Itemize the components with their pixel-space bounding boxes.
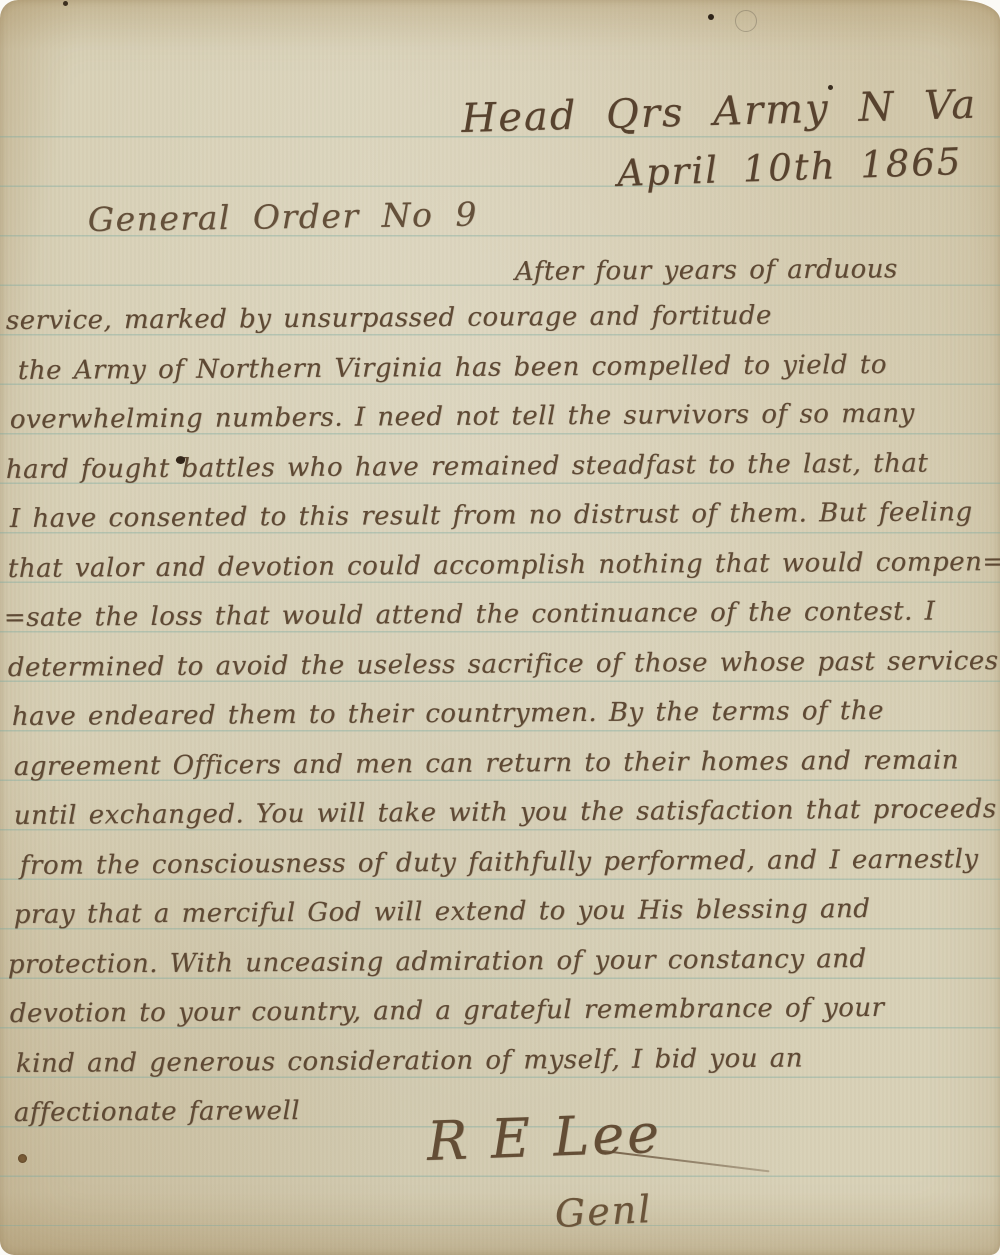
handwriting-line: devotion to your country, and a grateful…: [10, 988, 885, 1034]
handwriting-line: have endeared them to their countrymen. …: [12, 691, 884, 737]
ink-speck: [828, 85, 833, 90]
signature-rank: Genl: [554, 1187, 654, 1236]
handwriting-line: pray that a merciful God will extend to …: [14, 889, 871, 935]
handwriting-line: determined to avoid the useless sacrific…: [8, 641, 999, 688]
ink-speck: [63, 1, 68, 6]
handwriting-line: After four years of arduous: [515, 249, 898, 292]
handwriting-line: from the consciousness of duty faithfull…: [20, 839, 979, 886]
pencil-circle-mark: [735, 10, 757, 32]
handwriting-line: that valor and devotion could accomplish…: [8, 542, 1000, 589]
handwriting-line: service, marked by unsurpassed courage a…: [6, 296, 772, 341]
handwriting-line: protection. With unceasing admiration of…: [8, 939, 867, 985]
handwriting-line: the Army of Northern Virginia has been c…: [18, 345, 887, 391]
ink-speck: [708, 14, 714, 20]
handwriting-line: kind and generous consideration of mysel…: [16, 1039, 803, 1084]
signature-name: R E Lee: [426, 1102, 663, 1173]
handwriting-line: =sate the loss that would attend the con…: [4, 591, 936, 638]
handwriting-line: I have consented to this result from no …: [10, 492, 973, 539]
letter-page: Head Qrs Army N Va April 10th 1865 Gener…: [0, 0, 1000, 1255]
handwriting-line: overwhelming numbers. I need not tell th…: [10, 394, 915, 440]
handwriting-line: affectionate farewell: [14, 1091, 300, 1133]
order-title: General Order No 9: [87, 195, 478, 239]
handwriting-line: hard fought battles who have remained st…: [6, 444, 929, 490]
heading-place: Head Qrs Army N Va: [461, 82, 978, 142]
ink-speck: [18, 1154, 27, 1163]
handwriting-line: agreement Officers and men can return to…: [14, 740, 959, 787]
handwriting-line: until exchanged. You will take with you …: [14, 789, 997, 836]
document-scan: Head Qrs Army N Va April 10th 1865 Gener…: [0, 0, 1000, 1255]
